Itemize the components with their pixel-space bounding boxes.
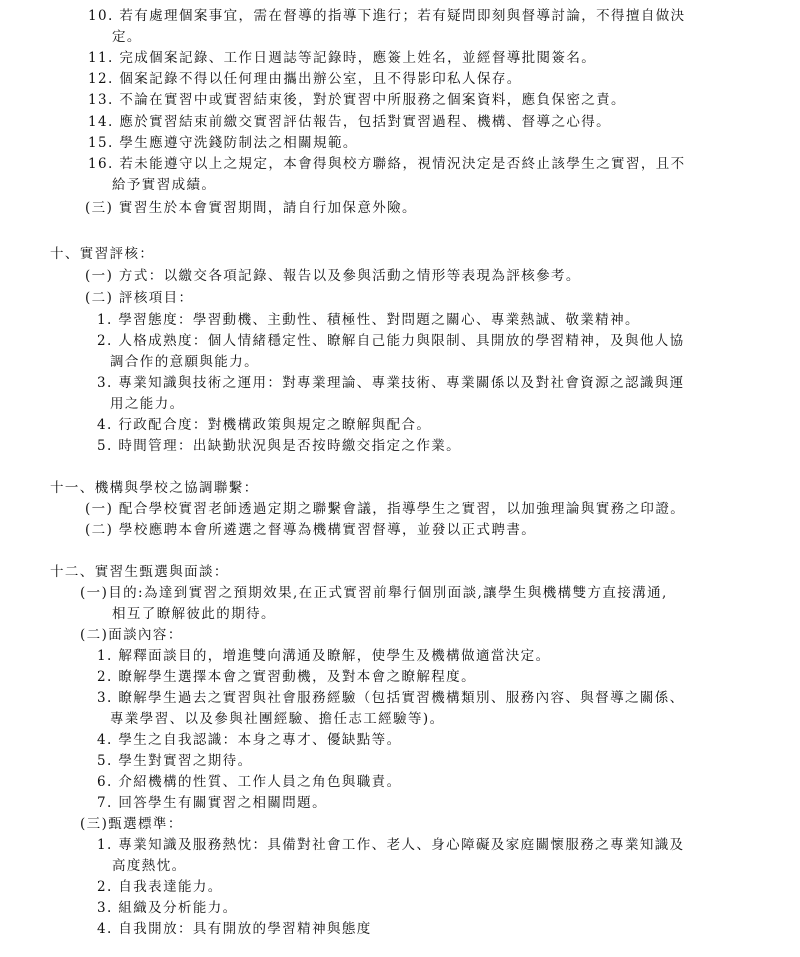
text-line: 十一、機構與學校之協調聯繫：: [50, 478, 259, 498]
text-line: 專業學習、以及參與社團經驗、擔任志工經驗等)。: [110, 709, 444, 729]
text-line: (二)面談內容：: [80, 625, 183, 645]
text-line: 10. 若有處理個案事宜，需在督導的指導下進行；若有疑問即刻與督導討論，不得擅自…: [88, 6, 686, 26]
text-line: (一) 配合學校實習老師透過定期之聯繫會議，指導學生之實習，以加強理論與實務之印…: [85, 499, 685, 519]
text-line: 2. 人格成熟度：個人情緒穩定性、瞭解自己能力與限制、具開放的學習精神，及與他人…: [97, 331, 685, 351]
text-line: 調合作的意願與能力。: [110, 352, 259, 372]
text-line: (二) 學校應聘本會所遴選之督導為機構實習督導，並發以正式聘書。: [85, 520, 536, 540]
text-line: 用之能力。: [110, 394, 185, 414]
text-line: 3. 瞭解學生過去之實習與社會服務經驗（包括實習機構類別、服務內容、與督導之關係…: [97, 688, 685, 708]
text-line: 16. 若未能遵守以上之規定，本會得與校方聯絡，視情況決定是否終止該學生之實習，…: [88, 154, 686, 174]
text-line: 11. 完成個案記錄、工作日週誌等記錄時，應簽上姓名，並經督導批閱簽名。: [88, 48, 596, 68]
text-line: (三) 實習生於本會實習期間，請自行加保意外險。: [85, 198, 417, 218]
text-line: (一) 方式：以繳交各項記錄、報告以及參與活動之情形等表現為評核參考。: [85, 266, 581, 286]
text-line: 4. 學生之自我認識：本身之專才、優缺點等。: [97, 730, 401, 750]
text-line: 14. 應於實習結束前繳交實習評估報告，包括對實習過程、機構、督導之心得。: [88, 112, 611, 132]
text-line: 4. 自我開放：具有開放的學習精神與態度: [97, 919, 372, 939]
text-line: (三)甄選標準：: [80, 814, 183, 834]
text-line: 1. 解釋面談目的，增進雙向溝通及瞭解，使學生及機構做適當決定。: [97, 646, 550, 666]
text-line: 定。: [112, 27, 142, 47]
text-line: 3. 組織及分析能力。: [97, 898, 238, 918]
text-line: (一)目的:為達到實習之預期效果,在正式實習前舉行個別面談,讓學生與機構雙方直接…: [80, 583, 668, 603]
text-line: 2. 瞭解學生選擇本會之實習動機，及對本會之瞭解程度。: [97, 667, 476, 687]
text-line: 十二、實習生甄選與面談：: [50, 562, 229, 582]
text-line: (二) 評核項目：: [85, 288, 193, 308]
text-line: 2. 自我表達能力。: [97, 877, 223, 897]
text-line: 5. 學生對實習之期待。: [97, 751, 252, 771]
text-line: 相互了瞭解彼此的期待。: [112, 604, 276, 624]
text-line: 6. 介紹機構的性質、工作人員之角色與職責。: [97, 772, 401, 792]
text-line: 十、實習評核：: [50, 244, 154, 264]
text-line: 5. 時間管理：出缺勤狀況與是否按時繳交指定之作業。: [97, 436, 461, 456]
text-line: 3. 專業知識與技術之運用：對專業理論、專業技術、專業關係以及對社會資源之認識與…: [97, 373, 685, 393]
text-line: 15. 學生應遵守洗錢防制法之相關規範。: [88, 133, 358, 153]
text-line: 給予實習成績。: [112, 175, 216, 195]
text-line: 1. 學習態度：學習動機、主動性、積極性、對問題之關心、專業熱誠、敬業精神。: [97, 310, 640, 330]
text-line: 7. 回答學生有關實習之相關問題。: [97, 793, 327, 813]
text-line: 13. 不論在實習中或實習結束後，對於實習中所服務之個案資料，應負保密之責。: [88, 90, 626, 110]
text-line: 4. 行政配合度：對機構政策與規定之瞭解與配合。: [97, 415, 431, 435]
text-line: 1. 專業知識及服務熱忱：具備對社會工作、老人、身心障礙及家庭關懷服務之專業知識…: [97, 835, 685, 855]
text-line: 高度熱忱。: [112, 856, 187, 876]
text-line: 12. 個案記錄不得以任何理由攜出辦公室，且不得影印私人保存。: [88, 69, 522, 89]
